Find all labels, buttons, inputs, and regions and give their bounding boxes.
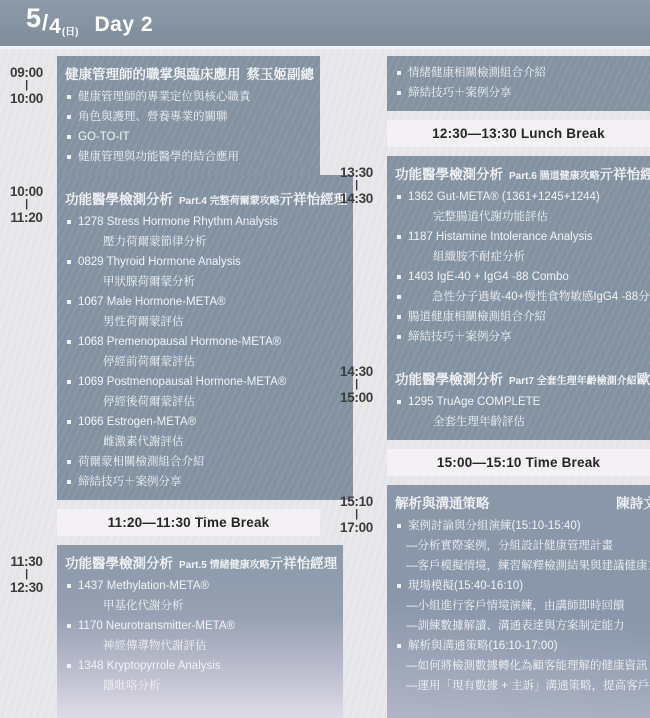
time-end: 17:00	[330, 520, 383, 535]
agenda-line: 1068 Premenopausal Hormone-META®	[65, 332, 347, 352]
agenda-line-text: 健康管理與功能醫學的結合應用	[78, 147, 239, 167]
time-range: 09:00|10:00	[0, 56, 53, 175]
schedule-poster: 5 / 4 (日) Day 2 09:00|10:00健康管理師的職掌與臨床應用…	[0, 0, 650, 718]
session-content: 功能醫學檢測分析Part.5 情緒健康攻略亓祥怡經理1437 Methylati…	[57, 545, 343, 718]
agenda-line: 角色與護理、營養專業的關聯	[65, 107, 314, 127]
agenda-line-text: 情緒健康相關檢測組合介紹	[408, 63, 546, 83]
session-title: 功能醫學檢測分析	[65, 188, 173, 208]
session-segment: 15:10|17:00解析與溝通策略陳詩文經理案例討論與分組演練(15:10-1…	[330, 485, 650, 718]
session-block: 情緒健康相關檢測組合介紹締結技巧＋案例分享	[330, 56, 650, 111]
break-banner-label: 15:00—15:10 Time Break	[437, 455, 600, 470]
session-subtitle: Part.5 情緒健康攻略	[179, 556, 270, 571]
schedule-column-left: 09:00|10:00健康管理師的職掌與臨床應用蔡玉姬副總健康管理師的專業定位與…	[0, 56, 320, 718]
time-range: 14:30|15:00	[330, 355, 383, 440]
session-segment: 情緒健康相關檢測組合介紹締結技巧＋案例分享	[330, 56, 650, 111]
agenda-line-text: 1295 TruAge COMPLETE	[408, 392, 540, 412]
bullet-marker	[397, 584, 401, 588]
session-segment: 14:30|15:00功能醫學檢測分析Part7 全套生理年齡檢測介紹歐瀚文醫師…	[330, 355, 650, 440]
agenda-line-text: —如何將檢測數據轉化為顧客能理解的健康資訊	[406, 656, 648, 676]
agenda-line-text: 1066 Estrogen-META®	[78, 412, 196, 432]
session-title-row: 功能醫學檢測分析Part7 全套生理年齡檢測介紹歐瀚文醫師	[395, 368, 650, 388]
bullet-marker	[67, 420, 71, 424]
agenda-line-text: 1187 Histamine Intolerance Analysis	[408, 227, 593, 247]
session-content: 功能醫學檢測分析Part.4 完整荷爾蒙攻略亓祥怡經理1278 Stress H…	[57, 175, 353, 500]
session-segment: 11:30|12:30功能醫學檢測分析Part.5 情緒健康攻略亓祥怡經理143…	[0, 545, 320, 718]
time-range: 11:30|12:30	[0, 545, 53, 718]
bullet-marker	[67, 220, 71, 224]
session-speaker: 亓祥怡經理	[270, 552, 338, 572]
agenda-line-text: 解析與溝通策略(16:10-17:00)	[408, 636, 558, 656]
session-title-row: 功能醫學檢測分析Part.4 完整荷爾蒙攻略亓祥怡經理	[65, 188, 347, 208]
session-title: 功能醫學檢測分析	[395, 368, 503, 388]
bullet-marker	[397, 195, 401, 199]
agenda-line: 神經傳導物代謝評估	[65, 636, 337, 656]
session-speaker: 歐瀚文醫師	[637, 368, 650, 388]
bullet-marker	[397, 275, 401, 279]
time-start: 10:00	[0, 184, 53, 199]
bullet-marker	[397, 91, 401, 95]
agenda-line: —運用「現有數據 + 主訴」溝通策略，提高客戶接受度	[395, 676, 650, 696]
agenda-line: 情緒健康相關檢測組合介紹	[395, 63, 644, 83]
agenda-line: 現場模擬(15:40-16:10)	[395, 576, 650, 596]
session-content: 健康管理師的職掌與臨床應用蔡玉姬副總健康管理師的專業定位與核心職責角色與護理、營…	[57, 56, 320, 175]
time-range: 10:00|11:20	[0, 175, 53, 500]
bullet-marker	[397, 235, 401, 239]
agenda-line-text: 神經傳導物代謝評估	[103, 636, 207, 656]
agenda-line: 1069 Postmenopausal Hormone-META®	[65, 372, 347, 392]
agenda-line-text: 0829 Thyroid Hormone Analysis	[78, 252, 241, 272]
agenda-line-text: 停經後荷爾蒙評估	[103, 392, 195, 412]
agenda-line-text: 腸道健康相關檢測組合介紹	[408, 307, 546, 327]
bullet-marker	[67, 584, 71, 588]
agenda-line: 1278 Stress Hormone Rhythm Analysis	[65, 212, 347, 232]
agenda-line-text: —分析實際案例，分組設計健康管理計畫	[406, 536, 613, 556]
schedule-column-right: 情緒健康相關檢測組合介紹締結技巧＋案例分享12:30—13:30 Lunch B…	[330, 56, 650, 718]
session-subtitle: Part7 全套生理年齡檢測介紹	[509, 372, 637, 387]
session-title: 功能醫學檢測分析	[395, 163, 503, 183]
session-subtitle: Part.6 腸道健康攻略	[509, 167, 600, 182]
agenda-line-text: 角色與護理、營養專業的關聯	[78, 107, 228, 127]
agenda-line: 停經前荷爾蒙評估	[65, 352, 347, 372]
agenda-line: 健康管理與功能醫學的結合應用	[65, 147, 314, 167]
agenda-line: GO-TO-IT	[65, 127, 314, 147]
agenda-line-text: 男性荷爾蒙評估	[103, 312, 184, 332]
date-weekday: (日)	[62, 23, 79, 38]
session-speaker: 亓祥怡經理	[600, 163, 650, 183]
schedule-header: 5 / 4 (日) Day 2	[0, 0, 650, 49]
agenda-line-text: 完整腸道代謝功能評估	[433, 207, 548, 227]
agenda-line: 隱吡咯分析	[65, 676, 337, 696]
agenda-line: 全套生理年齡評估	[395, 412, 650, 432]
agenda-line: 0829 Thyroid Hormone Analysis	[65, 252, 347, 272]
agenda-line-text: 1437 Methylation-META®	[78, 576, 209, 596]
bullet-marker	[67, 135, 71, 139]
agenda-line: 1348 Kryptopyrrole Analysis	[65, 656, 337, 676]
session-title-row: 功能醫學檢測分析Part.6 腸道健康攻略亓祥怡經理	[395, 163, 650, 183]
agenda-line: 壓力荷爾蒙節律分析	[65, 232, 347, 252]
time-start: 11:30	[0, 554, 53, 569]
agenda-line-text: 隱吡咯分析	[103, 676, 161, 696]
time-end: 12:30	[0, 580, 53, 595]
session-segment: 10:00|11:20功能醫學檢測分析Part.4 完整荷爾蒙攻略亓祥怡經理12…	[0, 175, 320, 500]
bullet-marker	[397, 295, 401, 299]
agenda-line-text: 壓力荷爾蒙節律分析	[103, 232, 207, 252]
agenda-line: 1067 Male Hormone-META®	[65, 292, 347, 312]
agenda-line: 急性分子過敏-40+慢性食物敏感IgG4 -88分析	[395, 287, 650, 307]
agenda-line: 男性荷爾蒙評估	[65, 312, 347, 332]
session-content: 解析與溝通策略陳詩文經理案例討論與分組演練(15:10-15:40)—分析實際案…	[387, 485, 650, 718]
session-block: 15:10|17:00解析與溝通策略陳詩文經理案例討論與分組演練(15:10-1…	[330, 485, 650, 718]
bullet-marker	[397, 315, 401, 319]
time-separator: |	[0, 80, 53, 91]
time-separator: |	[330, 379, 383, 390]
agenda-line-text: 全套生理年齡評估	[433, 412, 525, 432]
agenda-line: —訓練數據解讀、溝通表達與方案制定能力	[395, 616, 650, 636]
time-start: 15:10	[330, 494, 383, 509]
agenda-line: 雌激素代謝評估	[65, 432, 347, 452]
time-separator: |	[0, 569, 53, 580]
agenda-line-text: —客戶模擬情境，練習解釋檢測結果與建議健康方案	[406, 556, 650, 576]
agenda-line-text: 1348 Kryptopyrrole Analysis	[78, 656, 221, 676]
agenda-line: 腸道健康相關檢測組合介紹	[395, 307, 650, 327]
day-label: Day 2	[95, 13, 154, 37]
bullet-marker	[67, 260, 71, 264]
time-end: 14:30	[330, 191, 383, 206]
agenda-line: 1362 Gut-META® (1361+1245+1244)	[395, 187, 650, 207]
bullet-marker	[67, 460, 71, 464]
time-range: 13:30|14:30	[330, 156, 383, 355]
session-content: 功能醫學檢測分析Part.6 腸道健康攻略亓祥怡經理1362 Gut-META®…	[387, 156, 650, 355]
agenda-line-text: 1278 Stress Hormone Rhythm Analysis	[78, 212, 278, 232]
agenda-line: 1170 Neurotransmitter-META®	[65, 616, 337, 636]
time-separator: |	[330, 509, 383, 520]
bullet-marker	[397, 524, 401, 528]
agenda-line: 締結技巧＋案例分享	[395, 327, 650, 347]
date-slash: /	[42, 10, 48, 36]
agenda-line: 荷爾蒙相關檢測組合介紹	[65, 452, 347, 472]
agenda-line: 1437 Methylation-META®	[65, 576, 337, 596]
time-start: 14:30	[330, 364, 383, 379]
session-segment: 13:30|14:30功能醫學檢測分析Part.6 腸道健康攻略亓祥怡經理136…	[330, 156, 650, 355]
session-block: 13:30|14:30功能醫學檢測分析Part.6 腸道健康攻略亓祥怡經理136…	[330, 156, 650, 440]
time-separator: |	[0, 199, 53, 210]
time-end: 15:00	[330, 390, 383, 405]
session-speaker: 蔡玉姬副總	[247, 63, 315, 83]
date-day: 4	[49, 15, 61, 39]
session-title-row: 解析與溝通策略陳詩文經理	[395, 492, 650, 512]
agenda-line: 組織胺不耐症分析	[395, 247, 650, 267]
agenda-line: 甲基化代謝分析	[65, 596, 337, 616]
time-start: 09:00	[0, 65, 53, 80]
agenda-line: 案例討論與分組演練(15:10-15:40)	[395, 516, 650, 536]
agenda-line-text: GO-TO-IT	[78, 127, 130, 147]
session-title-row: 功能醫學檢測分析Part.5 情緒健康攻略亓祥怡經理	[65, 552, 337, 572]
session-block: 11:30|12:30功能醫學檢測分析Part.5 情緒健康攻略亓祥怡經理143…	[0, 545, 320, 718]
break-banner-label: 11:20—11:30 Time Break	[108, 515, 270, 530]
agenda-line-text: —運用「現有數據 + 主訴」溝通策略，提高客戶接受度	[406, 676, 650, 696]
session-title-row: 健康管理師的職掌與臨床應用蔡玉姬副總	[65, 63, 314, 83]
agenda-line-text: 現場模擬(15:40-16:10)	[408, 576, 523, 596]
agenda-line-text: 締結技巧＋案例分享	[408, 327, 512, 347]
bullet-marker	[397, 335, 401, 339]
agenda-line-text: 1362 Gut-META® (1361+1245+1244)	[408, 187, 600, 207]
bullet-marker	[397, 644, 401, 648]
bullet-marker	[67, 155, 71, 159]
agenda-line-text: 締結技巧＋案例分享	[78, 472, 182, 492]
agenda-line: 停經後荷爾蒙評估	[65, 392, 347, 412]
agenda-line-text: 案例討論與分組演練(15:10-15:40)	[408, 516, 581, 536]
session-subtitle: Part.4 完整荷爾蒙攻略	[179, 192, 280, 207]
bullet-marker	[397, 71, 401, 75]
agenda-line: 1295 TruAge COMPLETE	[395, 392, 650, 412]
bullet-marker	[67, 624, 71, 628]
agenda-line-text: 雌激素代謝評估	[103, 432, 184, 452]
time-separator: |	[330, 180, 383, 191]
session-title: 解析與溝通策略	[395, 492, 490, 512]
break-banner: 12:30—13:30 Lunch Break	[387, 120, 650, 147]
session-block: 09:00|10:00健康管理師的職掌與臨床應用蔡玉姬副總健康管理師的專業定位與…	[0, 56, 320, 500]
agenda-line: —分析實際案例，分組設計健康管理計畫	[395, 536, 650, 556]
agenda-line: 1187 Histamine Intolerance Analysis	[395, 227, 650, 247]
agenda-line: 解析與溝通策略(16:10-17:00)	[395, 636, 650, 656]
agenda-line: —小組進行客戶情境演練，由講師即時回饋	[395, 596, 650, 616]
session-content: 功能醫學檢測分析Part7 全套生理年齡檢測介紹歐瀚文醫師1295 TruAge…	[387, 355, 650, 440]
agenda-line-text: 停經前荷爾蒙評估	[103, 352, 195, 372]
break-banner: 15:00—15:10 Time Break	[387, 449, 650, 476]
date-month: 5	[26, 3, 41, 34]
bullet-marker	[67, 95, 71, 99]
agenda-line-text: 急性分子過敏-40+慢性食物敏感IgG4 -88分析	[432, 287, 650, 307]
session-content: 情緒健康相關檢測組合介紹締結技巧＋案例分享	[387, 56, 650, 111]
time-range	[330, 56, 383, 111]
bullet-marker	[397, 400, 401, 404]
agenda-line: 甲狀腺荷爾蒙分析	[65, 272, 347, 292]
agenda-line-text: —訓練數據解讀、溝通表達與方案制定能力	[406, 616, 625, 636]
agenda-line: —如何將檢測數據轉化為顧客能理解的健康資訊	[395, 656, 650, 676]
bullet-marker	[67, 380, 71, 384]
session-title: 功能醫學檢測分析	[65, 552, 173, 572]
agenda-line-text: 1170 Neurotransmitter-META®	[78, 616, 235, 636]
agenda-line-text: 荷爾蒙相關檢測組合介紹	[78, 452, 205, 472]
agenda-line: 健康管理師的專業定位與核心職責	[65, 87, 314, 107]
agenda-line: 締結技巧＋案例分享	[65, 472, 347, 492]
agenda-line-text: 1068 Premenopausal Hormone-META®	[78, 332, 281, 352]
agenda-line-text: 甲基化代謝分析	[103, 596, 184, 616]
break-banner: 11:20—11:30 Time Break	[57, 509, 320, 536]
bullet-marker	[67, 664, 71, 668]
session-title: 健康管理師的職掌與臨床應用	[65, 63, 241, 83]
time-range: 15:10|17:00	[330, 485, 383, 718]
agenda-line: —客戶模擬情境，練習解釋檢測結果與建議健康方案	[395, 556, 650, 576]
time-end: 11:20	[0, 210, 53, 225]
agenda-line-text: 組織胺不耐症分析	[433, 247, 525, 267]
time-start: 13:30	[330, 165, 383, 180]
agenda-line: 1066 Estrogen-META®	[65, 412, 347, 432]
agenda-line-text: 締結技巧＋案例分享	[408, 83, 512, 103]
agenda-line-text: 甲狀腺荷爾蒙分析	[103, 272, 195, 292]
agenda-line: 締結技巧＋案例分享	[395, 83, 644, 103]
time-end: 10:00	[0, 91, 53, 106]
agenda-line-text: 1069 Postmenopausal Hormone-META®	[78, 372, 286, 392]
break-banner-label: 12:30—13:30 Lunch Break	[432, 126, 605, 141]
agenda-line-text: 健康管理師的專業定位與核心職責	[78, 87, 251, 107]
agenda-line: 完整腸道代謝功能評估	[395, 207, 650, 227]
bullet-marker	[67, 115, 71, 119]
session-speaker: 陳詩文經理	[616, 492, 650, 512]
agenda-line-text: —小組進行客戶情境演練，由講師即時回饋	[406, 596, 625, 616]
session-segment: 09:00|10:00健康管理師的職掌與臨床應用蔡玉姬副總健康管理師的專業定位與…	[0, 56, 320, 175]
agenda-line-text: 1403 IgE-40 + IgG4 -88 Combo	[408, 267, 569, 287]
bullet-marker	[67, 340, 71, 344]
agenda-line: 1403 IgE-40 + IgG4 -88 Combo	[395, 267, 650, 287]
bullet-marker	[67, 300, 71, 304]
bullet-marker	[67, 480, 71, 484]
agenda-line-text: 1067 Male Hormone-META®	[78, 292, 226, 312]
